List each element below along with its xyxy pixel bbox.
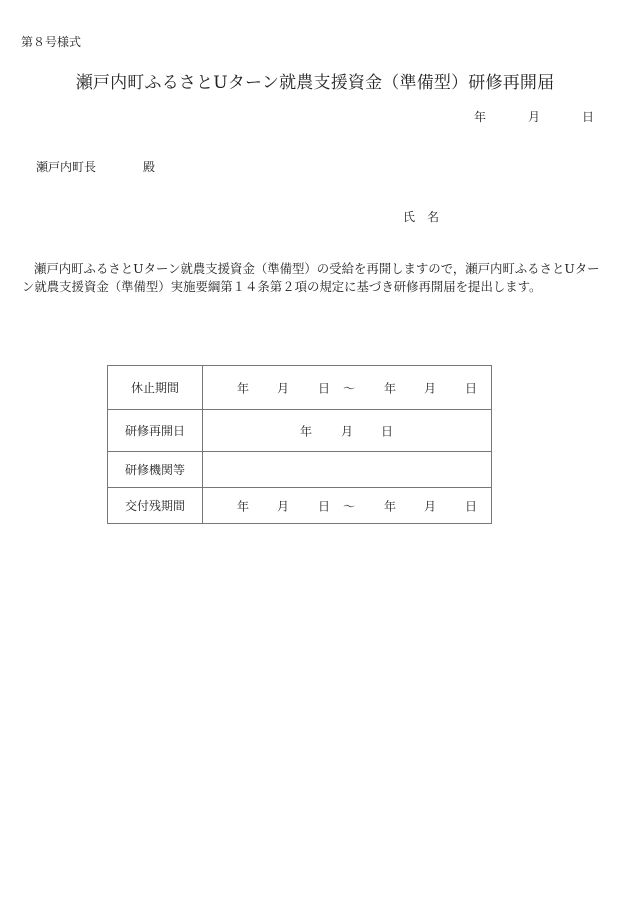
training-institution-field[interactable] — [203, 452, 492, 488]
row-label: 休止期間 — [108, 366, 203, 410]
applicant-name-label: 氏 名 — [403, 208, 439, 225]
form-number: 第８号様式 — [21, 33, 81, 50]
month-label: 月 — [341, 422, 353, 439]
document-title: 瀬戸内町ふるさとUターン就農支援資金（準備型）研修再開届 — [0, 68, 630, 93]
table-row-resumption-date: 研修再開日 年 月 日 — [108, 410, 492, 452]
day-label: 日 — [381, 422, 393, 439]
day-label: 日 — [465, 497, 477, 514]
month-label: 月 — [424, 379, 436, 396]
resumption-date-field[interactable]: 年 月 日 — [203, 410, 492, 452]
range-separator: ～ — [343, 379, 355, 396]
row-label: 研修機関等 — [108, 452, 203, 488]
day-label: 日 — [318, 379, 330, 396]
date-month-label: 月 — [528, 108, 540, 125]
day-label: 日 — [318, 497, 330, 514]
year-label: 年 — [237, 379, 249, 396]
date-day-label: 日 — [582, 108, 594, 125]
year-label: 年 — [237, 497, 249, 514]
addressee-name: 瀬戸内町長 — [36, 158, 96, 175]
year-label: 年 — [384, 379, 396, 396]
date-year-label: 年 — [474, 108, 486, 125]
row-label: 研修再開日 — [108, 410, 203, 452]
year-label: 年 — [300, 422, 312, 439]
range-separator: ～ — [343, 497, 355, 514]
month-label: 月 — [277, 497, 289, 514]
remaining-period-field[interactable]: 年 月 日 ～ 年 月 日 — [203, 488, 492, 524]
resumption-form-table: 休止期間 年 月 日 ～ 年 月 日 研修再開日 年 月 日 研修機関等 — [107, 365, 492, 524]
month-label: 月 — [424, 497, 436, 514]
table-row-suspension-period: 休止期間 年 月 日 ～ 年 月 日 — [108, 366, 492, 410]
addressee-honorific: 殿 — [143, 158, 155, 175]
table-row-remaining-period: 交付残期間 年 月 日 ～ 年 月 日 — [108, 488, 492, 524]
year-label: 年 — [384, 497, 396, 514]
day-label: 日 — [465, 379, 477, 396]
table-row-training-institution: 研修機関等 — [108, 452, 492, 488]
body-paragraph: 瀬戸内町ふるさとUターン就農支援資金（準備型）の受給を再開しますので，瀬戸内町ふ… — [22, 260, 608, 296]
suspension-period-field[interactable]: 年 月 日 ～ 年 月 日 — [203, 366, 492, 410]
month-label: 月 — [277, 379, 289, 396]
row-label: 交付残期間 — [108, 488, 203, 524]
